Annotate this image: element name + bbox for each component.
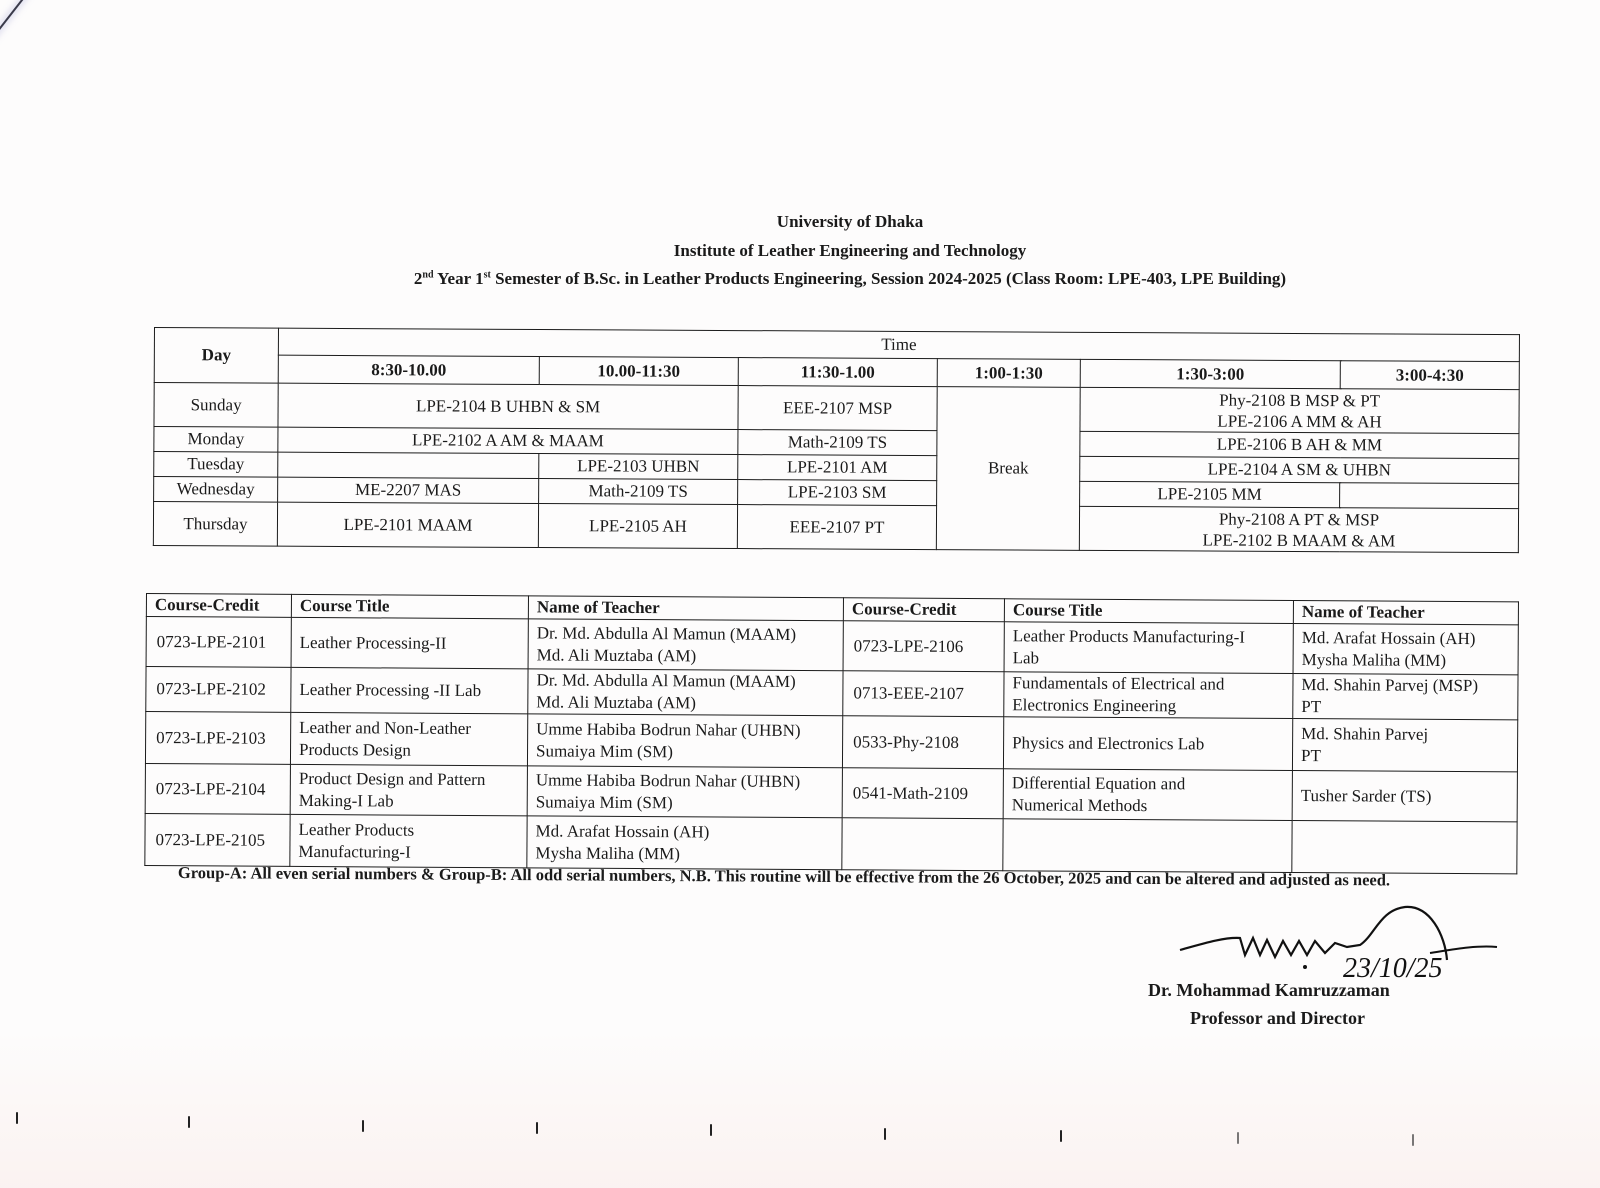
class-cell: LPE-2104 B UHBN & SM <box>278 383 738 429</box>
teacher-names: Dr. Md. Abdulla Al Mamun (MAAM)Md. Ali M… <box>528 669 843 716</box>
course-code: 0723-LPE-2103 <box>145 712 290 765</box>
course-title: Fundamentals of Electrical andElectronic… <box>1004 672 1293 719</box>
paper-shadow <box>0 1028 1600 1188</box>
slot-header: 1:00-1:30 <box>937 359 1080 388</box>
slot-header: 3:00-4:30 <box>1340 361 1519 390</box>
teacher-names: Md. Shahin ParvejPT <box>1292 719 1517 772</box>
course-code: 0723-LPE-2101 <box>146 617 291 668</box>
break-cell: Break <box>936 387 1080 551</box>
class-cell: LPE-2105 MM <box>1080 481 1340 507</box>
class-cell <box>1340 483 1519 509</box>
course-title: Leather ProductsManufacturing-I <box>290 814 527 867</box>
course-title: Physics and Electronics Lab <box>1003 717 1292 771</box>
course-code: 0723-LPE-2104 <box>145 763 290 814</box>
signer-title: Professor and Director <box>1190 1008 1365 1029</box>
class-cell: Phy-2108 B MSP & PT LPE-2106 A MM & AH <box>1080 387 1519 433</box>
class-cell: EEE-2107 PT <box>737 505 936 550</box>
class-cell: EEE-2107 MSP <box>738 386 937 431</box>
punch-mark <box>16 1112 18 1124</box>
course-title: Product Design and PatternMaking-I Lab <box>290 764 527 815</box>
teacher-names: Md. Arafat Hossain (AH)Mysha Maliha (MM) <box>527 816 842 870</box>
punch-mark <box>536 1122 538 1134</box>
class-cell: LPE-2105 AH <box>538 504 737 549</box>
teacher-names: Md. Shahin Parvej (MSP)PT <box>1293 674 1518 720</box>
column-header: Name of Teacher <box>528 596 843 621</box>
class-cell: LPE-2103 SM <box>738 480 937 506</box>
program-title: 2nd Year 1st Semester of B.Sc. in Leathe… <box>50 269 1600 289</box>
course-title: Leather Processing-II <box>291 617 528 668</box>
institute-name: Institute of Leather Engineering and Tec… <box>50 241 1600 261</box>
punch-mark <box>1412 1134 1414 1146</box>
teacher-names: Umme Habiba Bodrun Nahar (UHBN)Sumaiya M… <box>527 766 842 818</box>
teacher-names <box>1292 821 1517 874</box>
course-code: 0713-EEE-2107 <box>843 671 1004 717</box>
punch-mark <box>1237 1132 1239 1144</box>
teacher-names: Md. Arafat Hossain (AH)Mysha Maliha (MM) <box>1293 624 1518 675</box>
university-name: University of Dhaka <box>50 212 1600 232</box>
class-cell: LPE-2104 A SM & UHBN <box>1080 456 1519 483</box>
day-cell: Monday <box>154 427 278 453</box>
course-title: Leather and Non-LeatherProducts Design <box>290 712 527 765</box>
day-header: Day <box>154 328 278 384</box>
class-cell: Phy-2108 A PT & MSP LPE-2102 B MAAM & AM <box>1079 506 1518 552</box>
course-code: 0541-Math-2109 <box>842 768 1003 819</box>
class-cell: Math-2109 TS <box>539 479 738 505</box>
table-row: 0723-LPE-2104Product Design and PatternM… <box>145 763 1517 821</box>
day-cell: Tuesday <box>154 452 278 478</box>
course-code: 0723-LPE-2105 <box>145 813 290 866</box>
class-cell: LPE-2101 MAAM <box>277 502 538 547</box>
punch-mark <box>884 1128 886 1140</box>
class-cell: LPE-2103 UHBN <box>539 454 738 480</box>
day-cell: Sunday <box>154 383 278 428</box>
punch-mark <box>710 1124 712 1136</box>
column-header: Course-Credit <box>843 598 1004 622</box>
course-code: 0723-LPE-2102 <box>146 667 291 713</box>
punch-mark <box>188 1116 190 1128</box>
scan-edge-line <box>0 0 77 42</box>
course-title <box>1003 819 1292 873</box>
column-header: Course-Credit <box>146 594 291 618</box>
column-header: Name of Teacher <box>1293 601 1518 625</box>
slot-header: 1:30-3:00 <box>1080 359 1340 388</box>
course-code <box>842 818 1003 871</box>
punch-mark <box>362 1120 364 1132</box>
signature-icon: 23/10/25 <box>1175 905 1505 985</box>
column-header: Course Title <box>291 594 528 618</box>
class-cell: ME-2207 MAS <box>278 477 539 503</box>
course-title: Differential Equation andNumerical Metho… <box>1003 769 1292 821</box>
punch-mark <box>1060 1130 1062 1142</box>
slot-header: 8:30-10.00 <box>278 355 539 384</box>
signer-name: Dr. Mohammad Kamruzzaman <box>1148 980 1390 1001</box>
table-row: 0723-LPE-2103Leather and Non-LeatherProd… <box>145 712 1517 772</box>
course-title: Leather Products Manufacturing-ILab <box>1004 622 1293 674</box>
course-code: 0533-Phy-2108 <box>842 716 1003 769</box>
teacher-names: Umme Habiba Bodrun Nahar (UHBN)Sumaiya M… <box>527 714 842 768</box>
slot-header: 10.00-11:30 <box>539 357 738 386</box>
day-cell: Wednesday <box>154 477 278 503</box>
course-rows: 0723-LPE-2101Leather Processing-IIDr. Md… <box>145 617 1518 874</box>
table-row: 0723-LPE-2101Leather Processing-IIDr. Md… <box>146 617 1518 675</box>
class-cell: LPE-2101 AM <box>738 455 937 481</box>
class-routine-table: Day Time 8:30-10.00 10.00-11:30 11:30-1.… <box>153 327 1520 553</box>
class-cell: LPE-2102 A AM & MAAM <box>278 427 738 454</box>
course-teacher-table: Course-Credit Course Title Name of Teach… <box>144 593 1519 874</box>
class-cell: LPE-2106 B AH & MM <box>1080 431 1519 458</box>
course-code: 0723-LPE-2106 <box>843 621 1004 672</box>
course-title: Leather Processing -II Lab <box>291 667 528 713</box>
column-header: Course Title <box>1004 599 1293 624</box>
class-cell <box>278 452 539 478</box>
table-row: Thursday LPE-2101 MAAM LPE-2105 AH EEE-2… <box>153 502 1518 553</box>
table-row: Sunday LPE-2104 B UHBN & SM EEE-2107 MSP… <box>154 383 1519 434</box>
slot-header: 11:30-1.00 <box>738 358 937 387</box>
teacher-names: Tusher Sarder (TS) <box>1292 771 1517 822</box>
teacher-names: Dr. Md. Abdulla Al Mamun (MAAM)Md. Ali M… <box>528 619 843 671</box>
day-cell: Thursday <box>153 502 277 547</box>
class-cell: Math-2109 TS <box>738 430 937 456</box>
